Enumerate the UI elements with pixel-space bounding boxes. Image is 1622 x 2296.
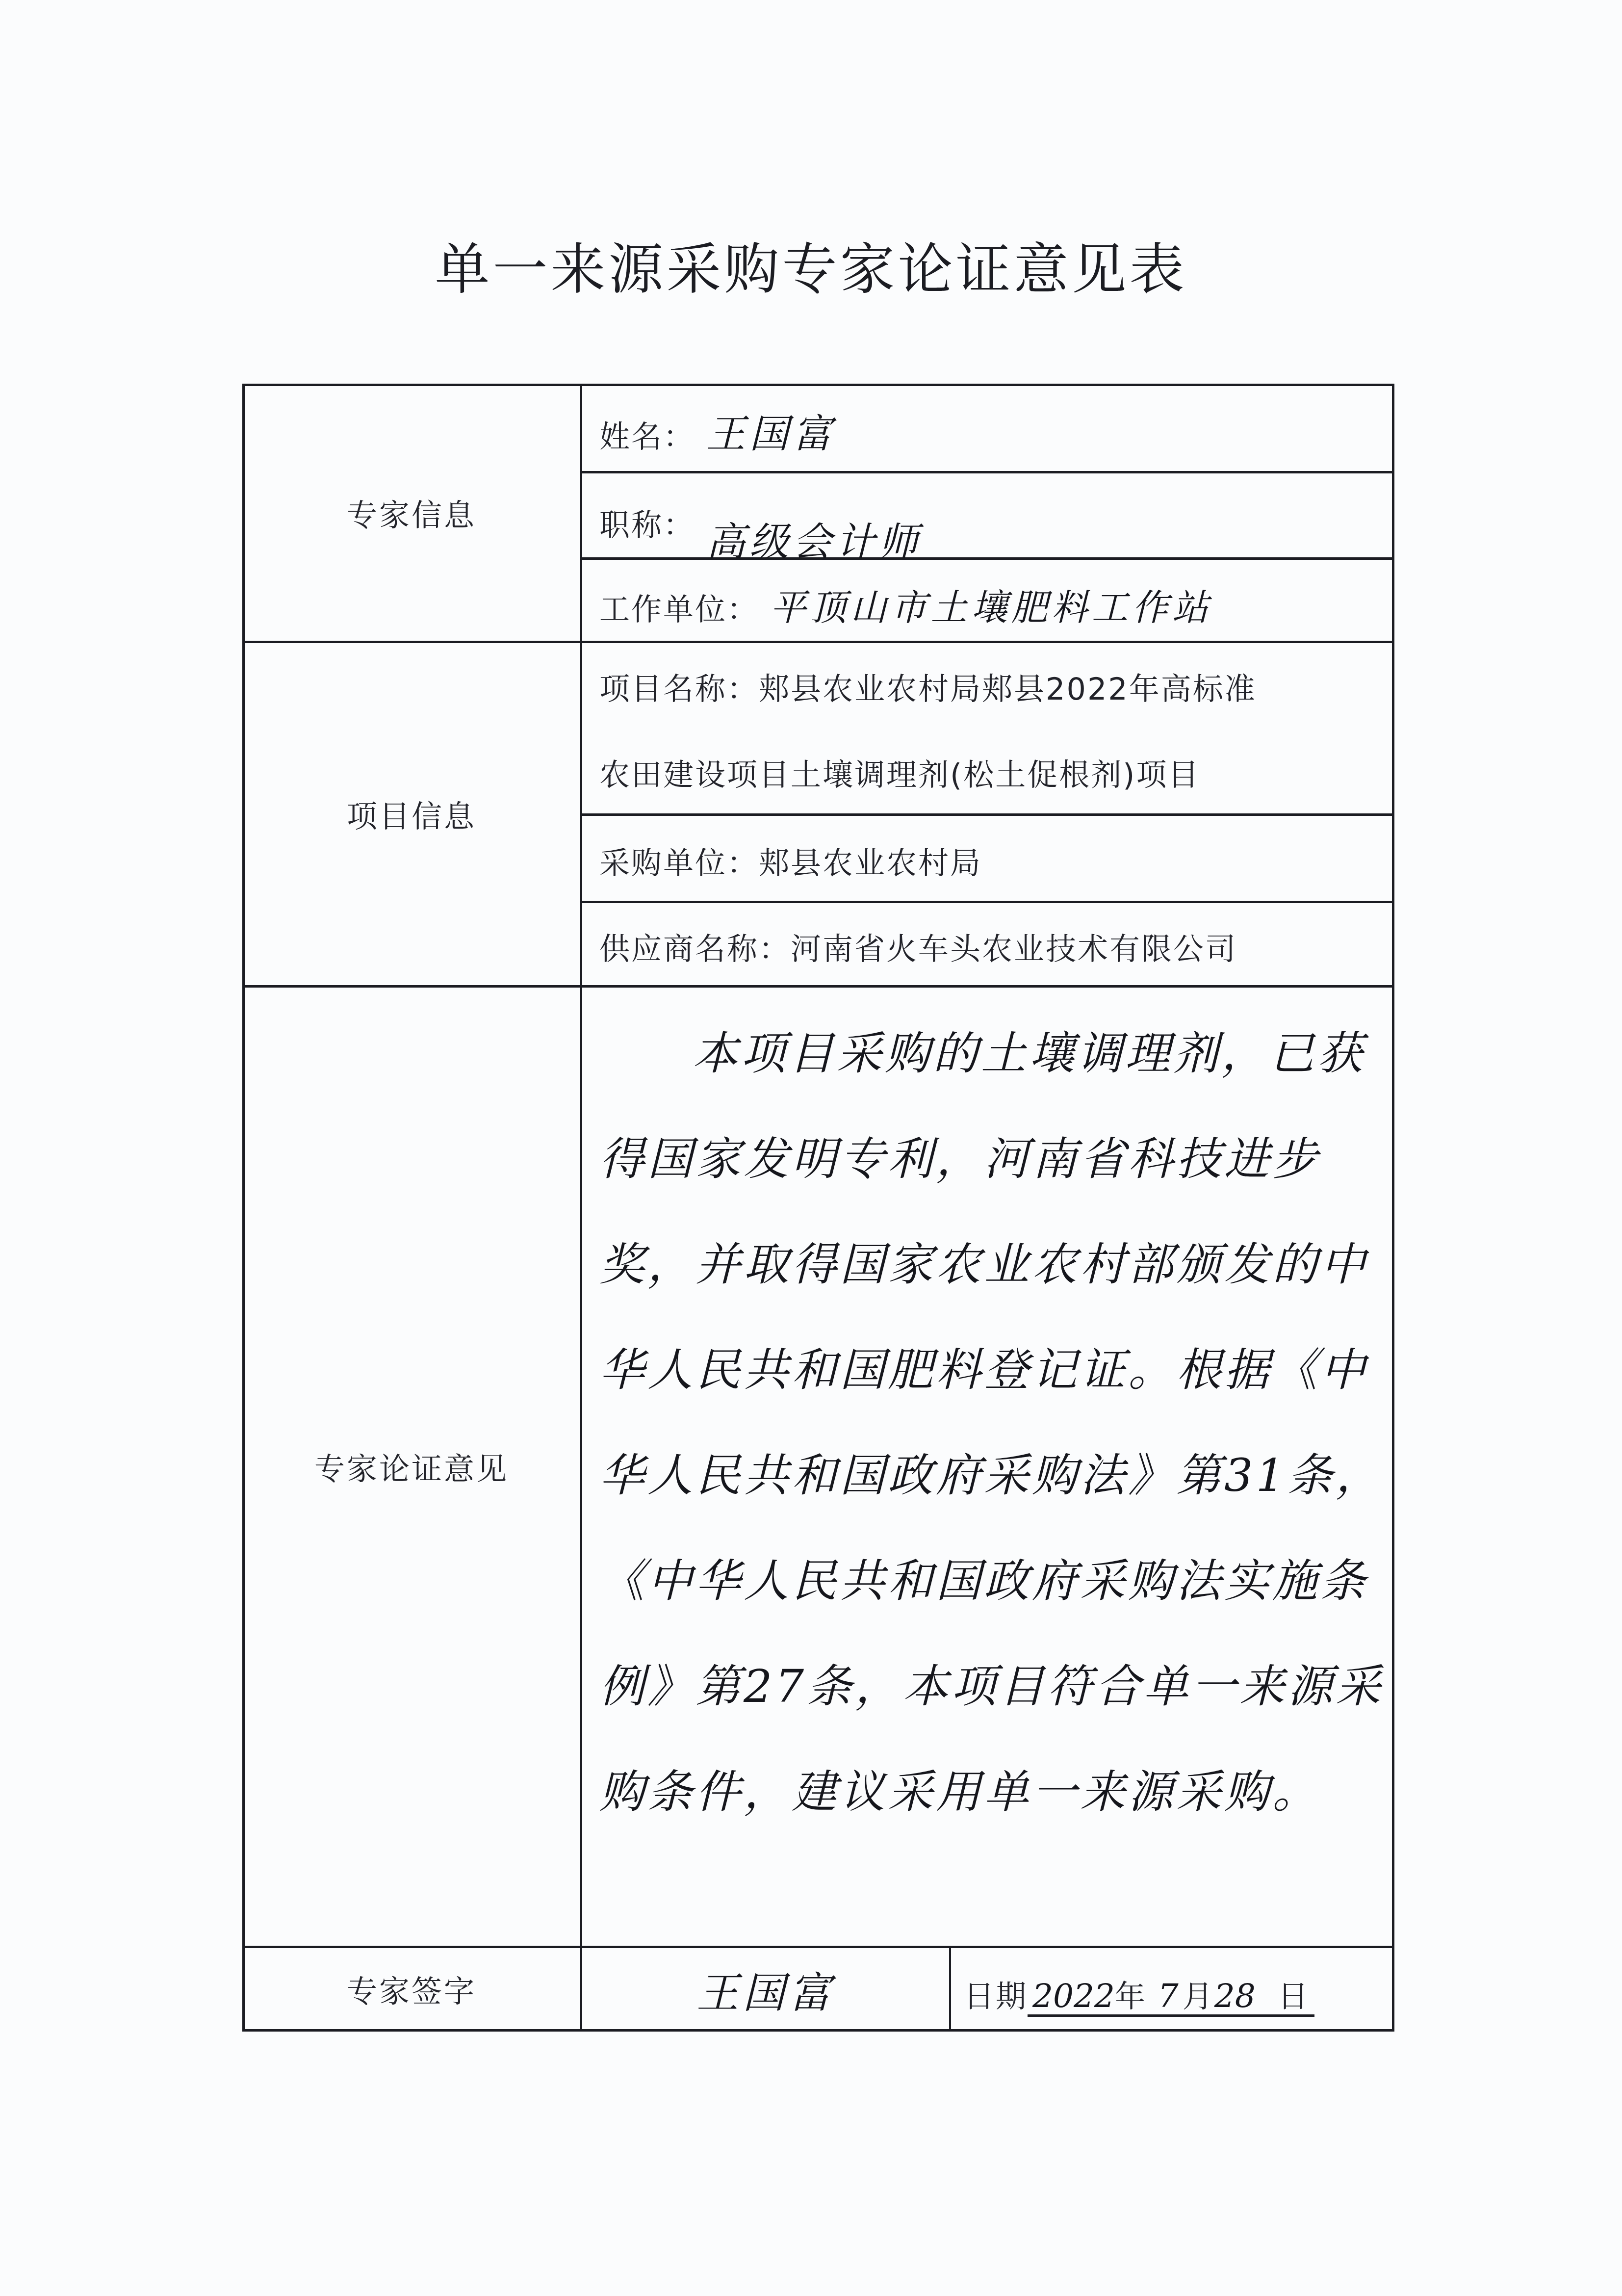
work-unit-value: 平顶山市土壤肥料工作站 bbox=[770, 587, 1212, 629]
project-name-field: 项目名称：郏县农业农村局郏县2022年高标准 bbox=[599, 665, 1257, 708]
day-unit: 日 bbox=[1278, 1979, 1310, 2014]
date-label: 日期 bbox=[964, 1979, 1028, 2014]
opinion-label: 专家论证意见 bbox=[242, 986, 581, 1947]
divider bbox=[581, 813, 1394, 816]
name-field: 姓名： 王国富 bbox=[599, 402, 836, 459]
month-unit: 月 bbox=[1183, 1979, 1214, 2014]
year-unit: 年 bbox=[1115, 1979, 1147, 2014]
date-month: 7 bbox=[1158, 1977, 1183, 2015]
purchaser-field: 采购单位：郏县农业农村局 bbox=[599, 839, 982, 883]
supplier-field: 供应商名称：河南省火车头农业技术有限公司 bbox=[599, 925, 1237, 968]
supplier-label: 供应商名称： bbox=[599, 931, 791, 967]
project-name-label: 项目名称： bbox=[599, 671, 759, 707]
project-name-line2: 农田建设项目土壤调理剂(松土促根剂)项目 bbox=[599, 751, 1200, 794]
purchaser-value: 郏县农业农村局 bbox=[759, 845, 982, 881]
title-field: 职称： 高级会计师 bbox=[599, 491, 922, 547]
expert-info-label: 专家信息 bbox=[242, 384, 581, 642]
date-year: 2022 bbox=[1032, 1977, 1115, 2015]
name-value: 王国富 bbox=[706, 411, 836, 457]
date-day: 28 bbox=[1214, 1977, 1256, 2015]
purchaser-label: 采购单位： bbox=[599, 845, 759, 881]
signature-label: 专家签字 bbox=[242, 1947, 581, 2032]
divider bbox=[581, 557, 1394, 560]
name-label: 姓名： bbox=[599, 419, 695, 455]
work-unit-field: 工作单位： 平顶山市土壤肥料工作站 bbox=[599, 579, 1212, 631]
date-value: 2022年 7月28 日 bbox=[1028, 1979, 1314, 2017]
project-name-line1: 郏县农业农村局郏县2022年高标准 bbox=[759, 671, 1257, 707]
supplier-value: 河南省火车头农业技术有限公司 bbox=[791, 931, 1237, 967]
divider bbox=[949, 1946, 951, 2032]
divider bbox=[581, 471, 1394, 473]
title-value: 高级会计师 bbox=[706, 519, 922, 565]
title-label: 职称： bbox=[599, 507, 695, 543]
signature-value: 王国富 bbox=[582, 1947, 949, 2032]
opinion-text: 本项目采购的土壤调理剂，已获得国家发明专利，河南省科技进步奖，并取得国家农业农村… bbox=[599, 1001, 1384, 1845]
project-info-label: 项目信息 bbox=[242, 642, 581, 986]
date-field: 日期2022年 7月28 日 bbox=[964, 1972, 1314, 2016]
work-unit-label: 工作单位： bbox=[599, 592, 759, 627]
page-title: 单一来源采购专家论证意见表 bbox=[0, 226, 1622, 305]
divider bbox=[581, 901, 1394, 903]
